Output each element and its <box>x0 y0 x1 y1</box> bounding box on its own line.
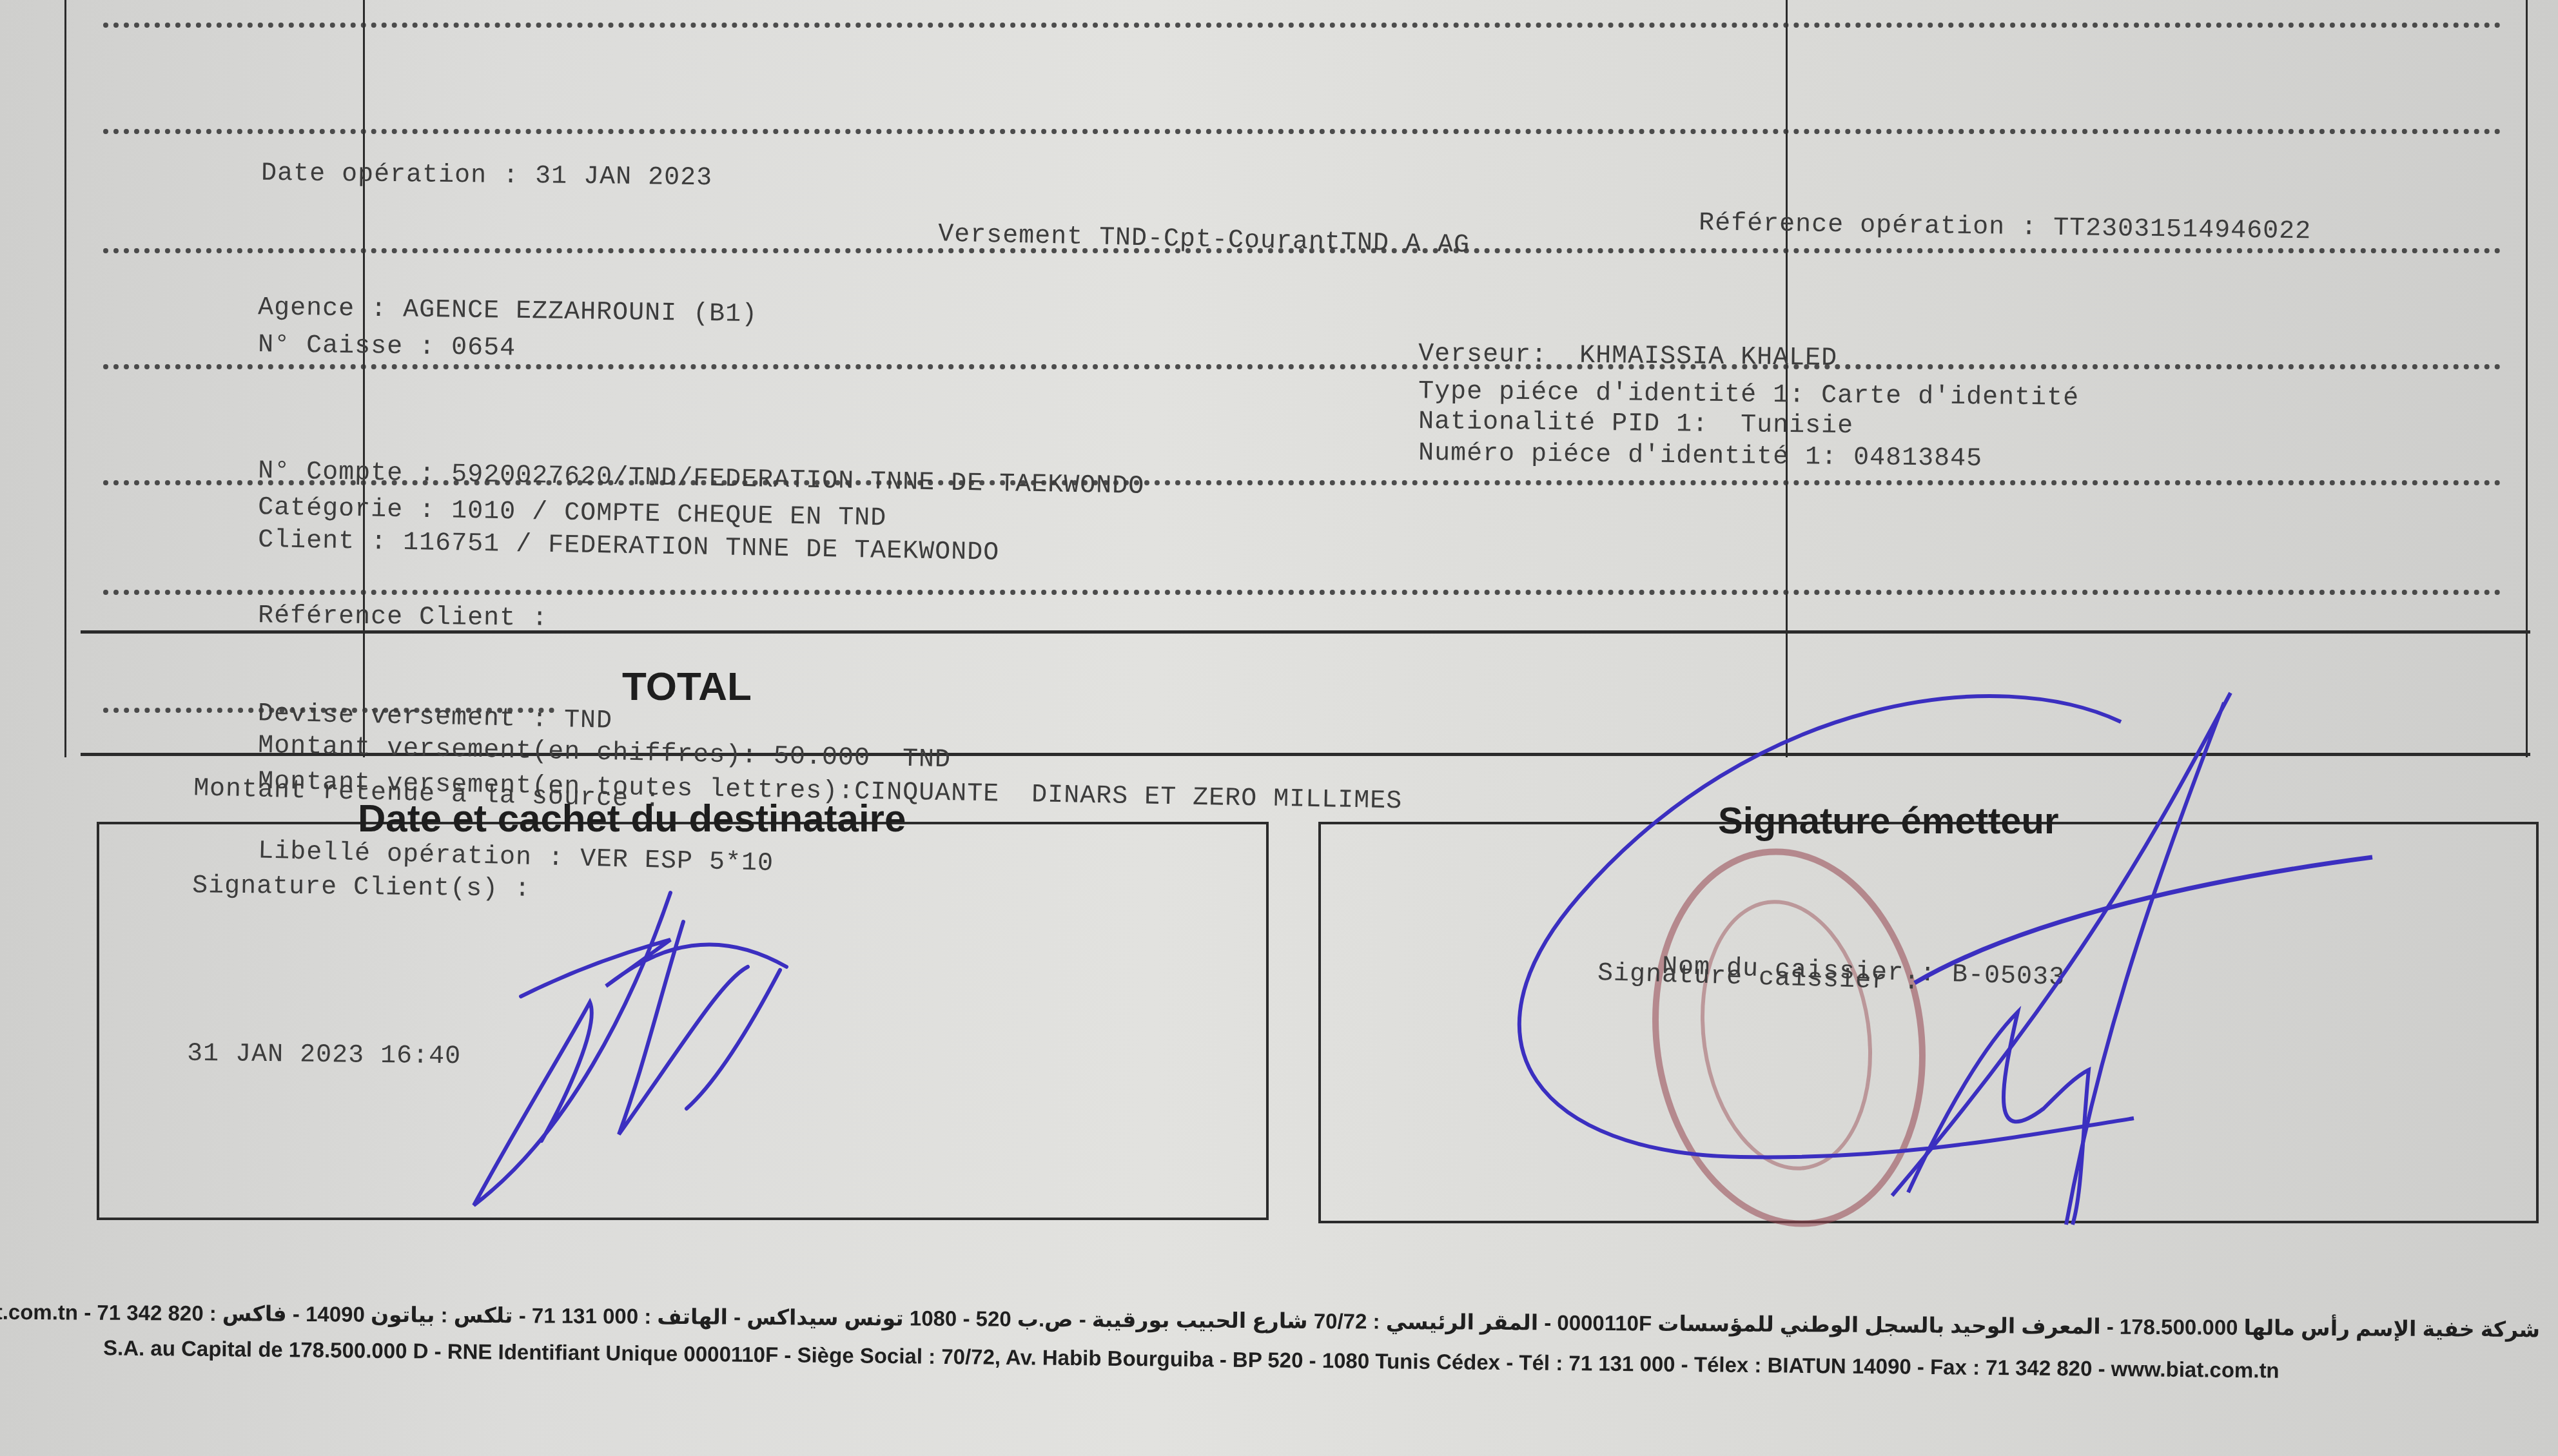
cashier-signature-icon <box>0 0 2558 1456</box>
receipt-document: Date opération : 31 JAN 2023 Référence o… <box>0 0 2558 1456</box>
